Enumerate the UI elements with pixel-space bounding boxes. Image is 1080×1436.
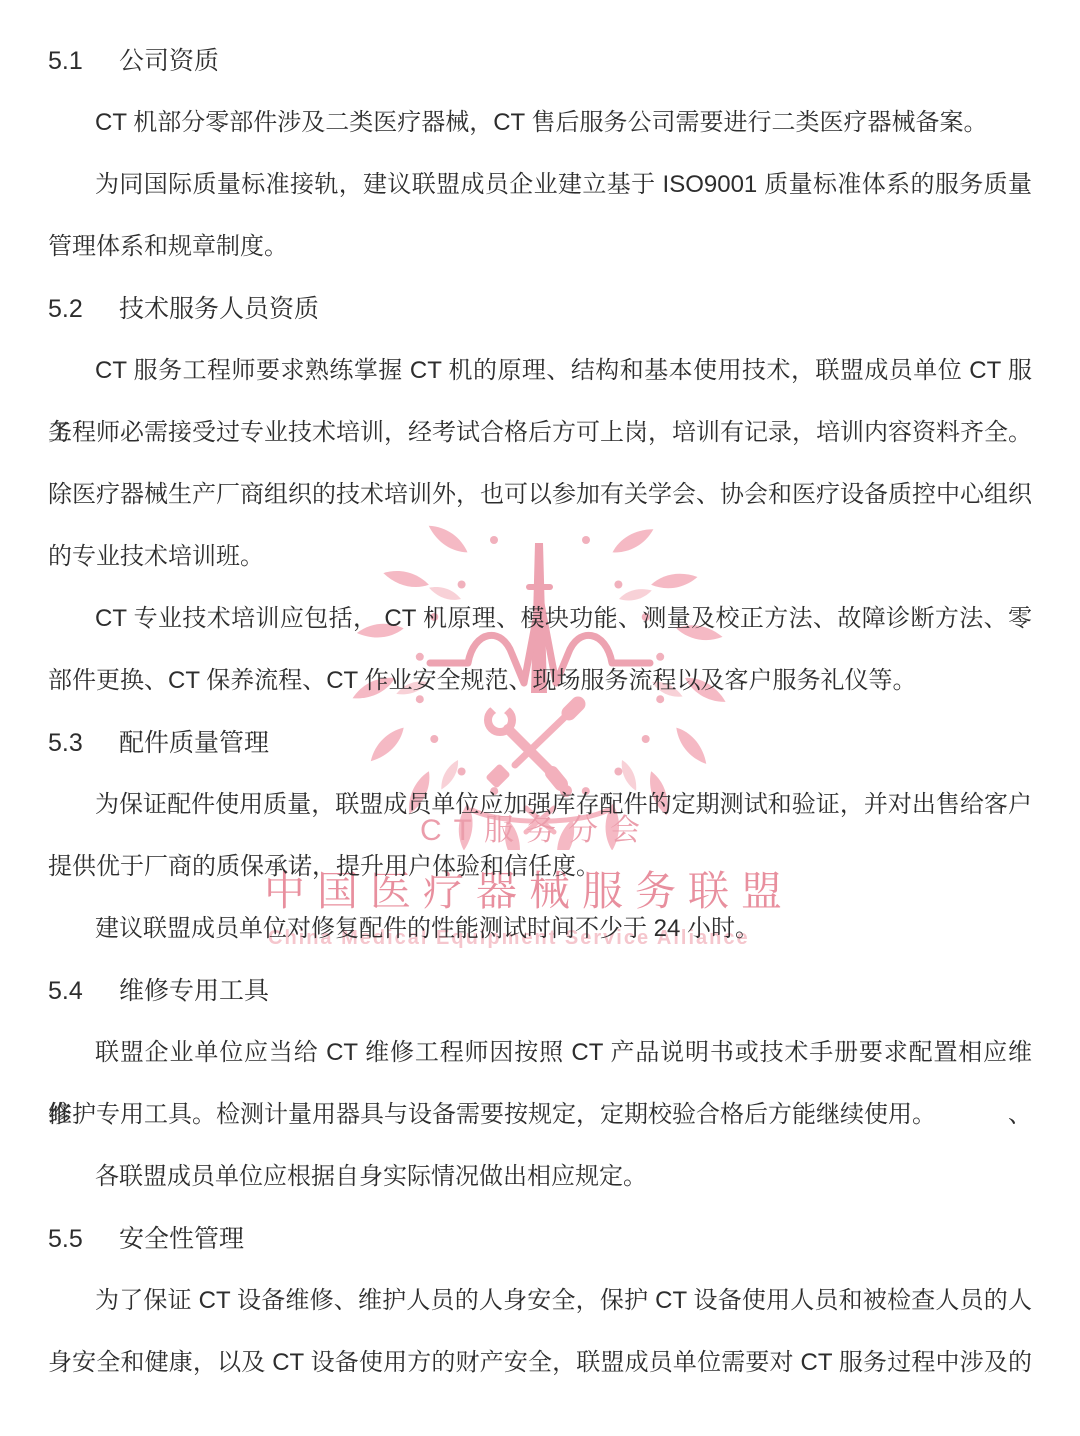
section-number: 5.3 <box>48 712 119 774</box>
text-line: 身安全和健康，以及 CT 设备使用方的财产安全，联盟成员单位需要对 CT 服务过… <box>48 1332 1032 1394</box>
text-line: 为了保证 CT 设备维修、维护人员的人身安全，保护 CT 设备使用人员和被检查人… <box>48 1270 1032 1332</box>
section-title: 安全性管理 <box>119 1225 244 1253</box>
section-number: 5.5 <box>48 1208 119 1270</box>
document-page: CT服务分会 中国医疗器械服务联盟 China Medical Equipmen… <box>0 0 1080 1436</box>
text-line: 为同国际质量标准接轨，建议联盟成员企业建立基于 ISO9001 质量标准体系的服… <box>48 154 1032 216</box>
text-line: CT 专业技术培训应包括， CT 机原理、模块功能、测量及校正方法、故障诊断方法… <box>48 588 1032 650</box>
section-title: 公司资质 <box>119 47 219 75</box>
text-line: 为保证配件使用质量，联盟成员单位应加强库存配件的定期测试和验证，并对出售给客户 <box>48 774 1032 836</box>
text-line: 联盟企业单位应当给 CT 维修工程师因按照 CT 产品说明书或技术手册要求配置相… <box>48 1022 1032 1084</box>
section-number: 5.1 <box>48 30 119 92</box>
text-line: 管理体系和规章制度。 <box>48 216 1032 278</box>
text-line: 工程师必需接受过专业技术培训，经考试合格后方可上岗，培训有记录，培训内容资料齐全… <box>48 402 1032 464</box>
text-line: 提供优于厂商的质保承诺，提升用户体验和信任度。 <box>48 836 1032 898</box>
document-body: 5.1公司资质CT 机部分零部件涉及二类医疗器械，CT 售后服务公司需要进行二类… <box>48 30 1032 1394</box>
section-heading-5.1: 5.1公司资质 <box>48 30 1032 92</box>
text-line: CT 机部分零部件涉及二类医疗器械，CT 售后服务公司需要进行二类医疗器械备案。 <box>48 92 1032 154</box>
section-heading-5.2: 5.2技术服务人员资质 <box>48 278 1032 340</box>
text-line: 除医疗器械生产厂商组织的技术培训外，也可以参加有关学会、协会和医疗设备质控中心组… <box>48 464 1032 526</box>
text-line: 部件更换、CT 保养流程、CT 作业安全规范、现场服务流程以及客户服务礼仪等。 <box>48 650 1032 712</box>
text-line: 维护专用工具。检测计量用器具与设备需要按规定，定期校验合格后方能继续使用。 <box>48 1084 1032 1146</box>
text-line: 各联盟成员单位应根据自身实际情况做出相应规定。 <box>48 1146 1032 1208</box>
section-number: 5.4 <box>48 960 119 1022</box>
section-title: 技术服务人员资质 <box>119 295 319 323</box>
section-heading-5.3: 5.3配件质量管理 <box>48 712 1032 774</box>
section-heading-5.5: 5.5安全性管理 <box>48 1208 1032 1270</box>
section-title: 配件质量管理 <box>119 729 269 757</box>
section-heading-5.4: 5.4维修专用工具 <box>48 960 1032 1022</box>
text-line: CT 服务工程师要求熟练掌握 CT 机的原理、结构和基本使用技术，联盟成员单位 … <box>48 340 1032 402</box>
text-line: 的专业技术培训班。 <box>48 526 1032 588</box>
section-title: 维修专用工具 <box>119 977 269 1005</box>
section-number: 5.2 <box>48 278 119 340</box>
text-line: 建议联盟成员单位对修复配件的性能测试时间不少于 24 小时。 <box>48 898 1032 960</box>
